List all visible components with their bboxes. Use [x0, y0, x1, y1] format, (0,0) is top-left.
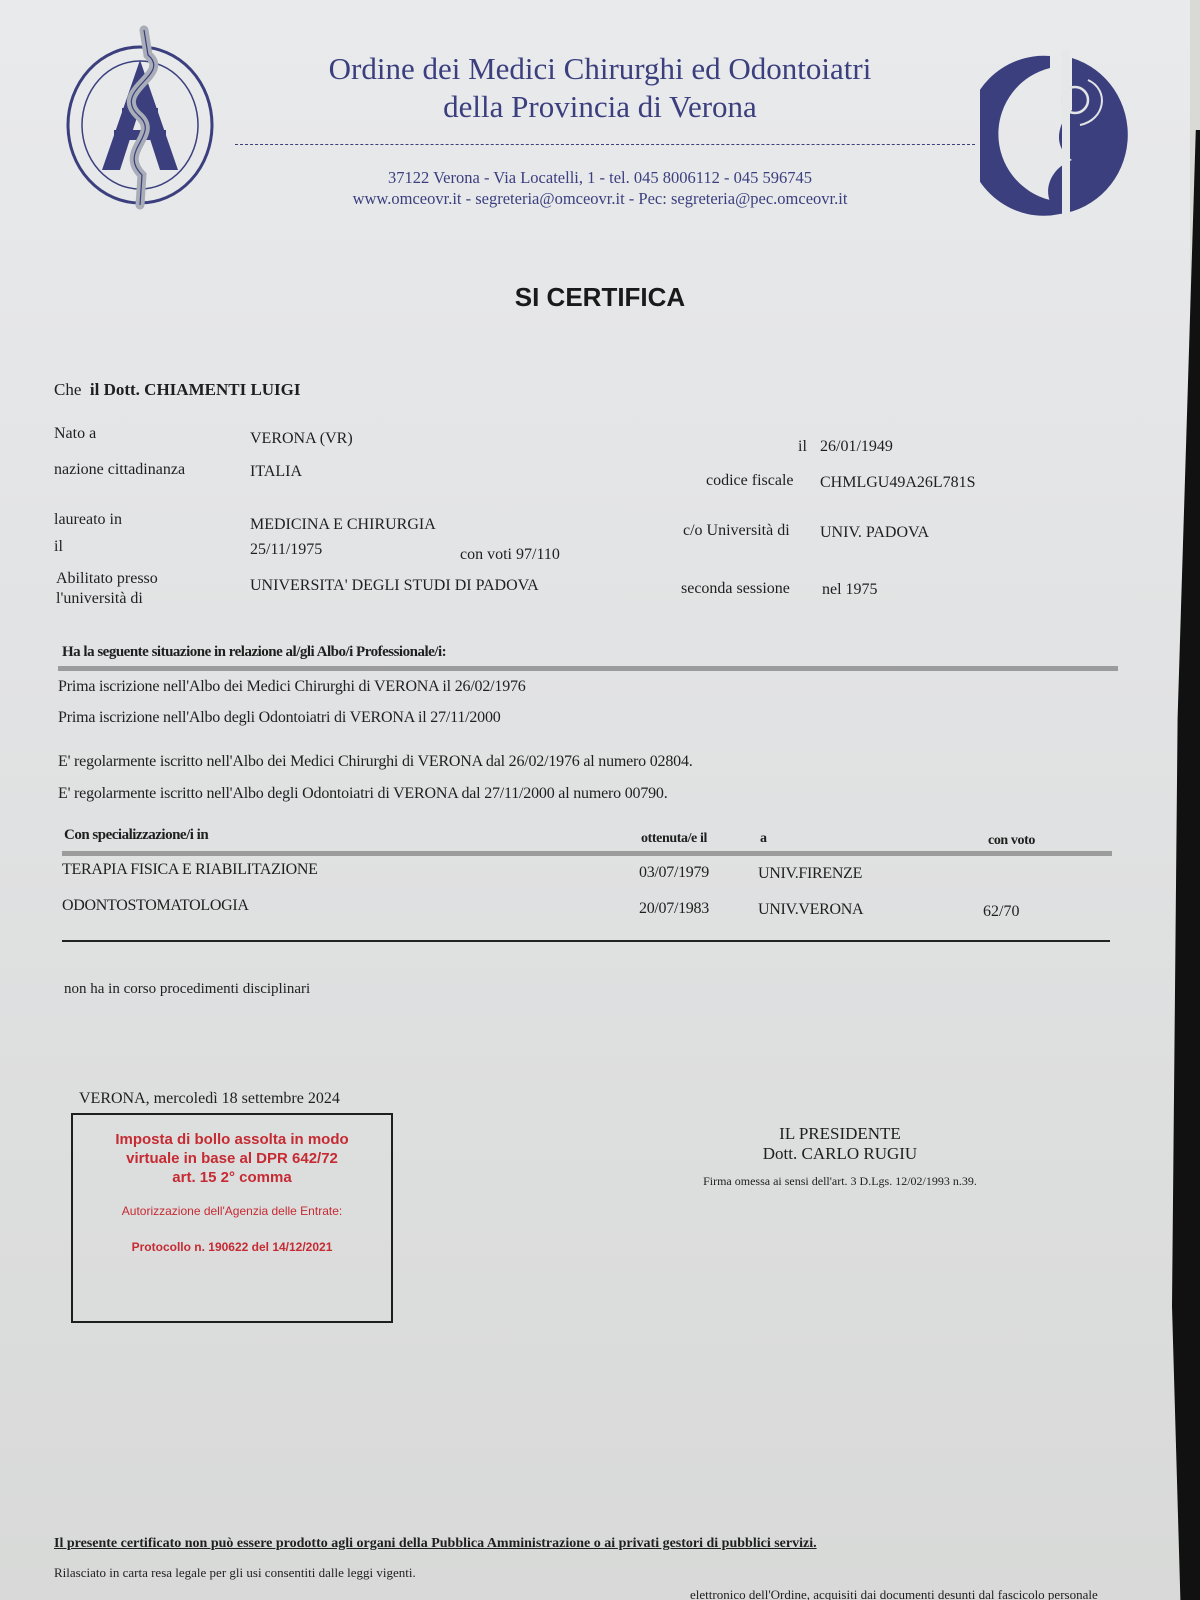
born-value: VERONA (VR) — [250, 430, 353, 448]
specialization-university: UNIV.VERONA — [758, 901, 863, 919]
registry-line: Prima iscrizione nell'Albo degli Odontoi… — [58, 709, 501, 727]
org-address: 37122 Verona - Via Locatelli, 1 - tel. 0… — [250, 167, 950, 188]
citizenship-value: ITALIA — [250, 463, 302, 481]
registry-line: Prima iscrizione nell'Albo dei Medici Ch… — [58, 678, 526, 696]
specialization-name: TERAPIA FISICA E RIABILITAZIONE — [62, 861, 318, 879]
degree-grade: con voti 97/110 — [460, 546, 560, 564]
registry-divider — [58, 666, 1118, 671]
fiscal-code-label: codice fiscale — [706, 472, 794, 490]
degree-university-value: UNIV. PADOVA — [820, 524, 929, 542]
registry-line: E' regolarmente iscritto nell'Albo degli… — [58, 785, 668, 803]
org-web-email: www.omceovr.it - segreteria@omceovr.it -… — [250, 188, 950, 209]
column-header-university: a — [760, 831, 767, 847]
signature-note: Firma omessa ai sensi dell'art. 3 D.Lgs.… — [640, 1174, 1040, 1189]
column-header-specialization: Con specializzazione/i in — [64, 827, 208, 844]
column-header-date: ottenuta/e il — [641, 831, 707, 847]
registry-heading: Ha la seguente situazione in relazione a… — [62, 644, 446, 661]
specialization-grade: 62/70 — [983, 903, 1019, 921]
degree-university-label: c/o Università di — [683, 522, 790, 540]
fiscal-code-value: CHMLGU49A26L781S — [820, 474, 976, 492]
session-value: nel 1975 — [822, 581, 878, 599]
birthdate-label: il — [798, 438, 807, 456]
qualified-label-1: Abilitato presso — [56, 570, 158, 588]
specialization-date: 03/07/1979 — [639, 864, 709, 882]
stamp-protocol: Protocollo n. 190622 del 14/12/2021 — [73, 1240, 391, 1254]
degree-label: laureato in — [54, 511, 122, 529]
specialization-date: 20/07/1983 — [639, 900, 709, 918]
org-name-line1: Ordine dei Medici Chirurghi ed Odontoiat… — [250, 50, 950, 88]
degree-date-label: il — [54, 538, 63, 556]
degree-value: MEDICINA E CHIRURGIA — [250, 516, 436, 534]
org-contacts: 37122 Verona - Via Locatelli, 1 - tel. 0… — [250, 167, 950, 209]
specialization-university: UNIV.FIRENZE — [758, 865, 862, 883]
place-date: VERONA, mercoledì 18 settembre 2024 — [79, 1090, 340, 1108]
virtual-stamp-box: Imposta di bollo assolta in modo virtual… — [71, 1113, 393, 1323]
person-name: il Dott. CHIAMENTI LUIGI — [90, 380, 301, 399]
registry-line: E' regolarmente iscritto nell'Albo dei M… — [58, 753, 693, 771]
qualified-university: UNIVERSITA' DEGLI STUDI DI PADOVA — [250, 577, 539, 595]
stamp-authorization: Autorizzazione dell'Agenzia delle Entrat… — [73, 1204, 391, 1218]
stamp-line: art. 15 2° comma — [73, 1168, 391, 1187]
citizenship-label: nazione cittadinanza — [54, 461, 185, 479]
issued-note: Rilasciato in carta resa legale per gli … — [54, 1565, 416, 1581]
disciplinary-status: non ha in corso procedimenti disciplinar… — [64, 981, 310, 998]
stamp-line: virtuale in base al DPR 642/72 — [73, 1149, 391, 1168]
specialization-name: ODONTOSTOMATOLOGIA — [62, 897, 249, 915]
ordine-seal-caduceus-icon — [62, 20, 222, 210]
session-label: seconda sessione — [681, 580, 790, 598]
table-bottom-rule — [62, 940, 1110, 942]
signature-block: IL PRESIDENTE Dott. CARLO RUGIU — [640, 1124, 1040, 1164]
org-name: Ordine dei Medici Chirurghi ed Odontoiat… — [250, 50, 950, 126]
column-header-grade: con voto — [988, 833, 1035, 849]
born-label: Nato a — [54, 425, 96, 443]
snake-circle-logo-icon — [980, 50, 1145, 220]
header-dashed-divider — [235, 144, 975, 145]
usage-warning: Il presente certificato non può essere p… — [54, 1536, 817, 1552]
document-title: SI CERTIFICA — [0, 282, 1200, 313]
degree-date-value: 25/11/1975 — [250, 541, 322, 559]
person-line: Che il Dott. CHIAMENTI LUIGI — [54, 380, 301, 400]
stamp-title: Imposta di bollo assolta in modo virtual… — [73, 1130, 391, 1187]
specializations-divider — [62, 851, 1112, 856]
intro-text: Che — [54, 380, 81, 399]
org-name-line2: della Provincia di Verona — [250, 88, 950, 126]
signatory-role: IL PRESIDENTE — [640, 1124, 1040, 1144]
birthdate-value: 26/01/1949 — [820, 438, 893, 456]
qualified-label-2: l'università di — [56, 590, 143, 608]
stamp-line: Imposta di bollo assolta in modo — [73, 1130, 391, 1149]
truncated-footer-line: elettronico dell'Ordine, acquisiti dai d… — [690, 1587, 1098, 1600]
signatory-name: Dott. CARLO RUGIU — [640, 1144, 1040, 1164]
certificate-page: Ordine dei Medici Chirurghi ed Odontoiat… — [0, 0, 1190, 1600]
